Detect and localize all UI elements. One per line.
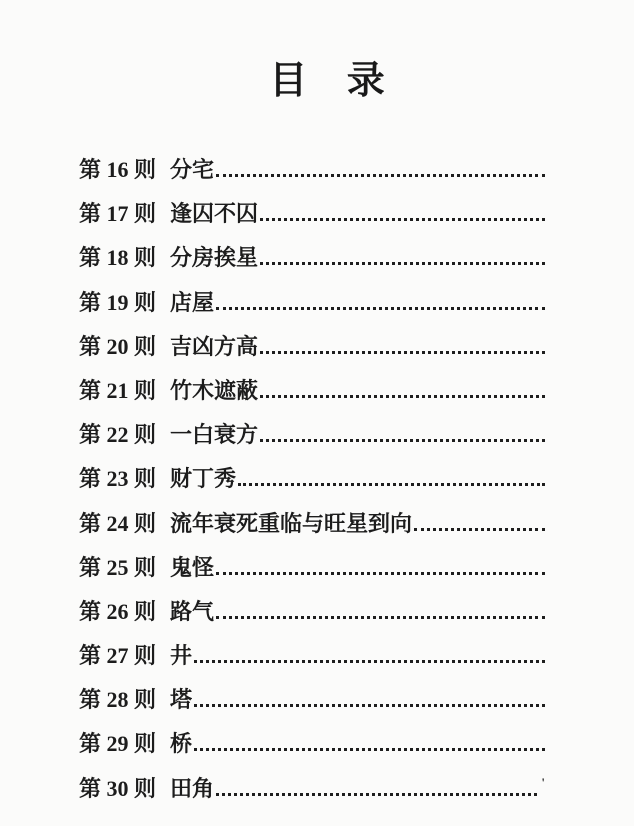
entry-title: 路气 xyxy=(170,590,214,634)
entry-label: 第 24 则 xyxy=(79,502,156,546)
toc-entry: 第 18 则分房挨星 xyxy=(79,236,545,280)
entry-label: 第 23 则 xyxy=(79,457,156,501)
entry-title: 一白衰方 xyxy=(170,413,258,457)
page-title: 目 录 xyxy=(11,0,634,104)
dot-leader xyxy=(260,218,545,221)
toc-entry: 第 30 则田角' xyxy=(79,767,545,811)
entry-title: 流年衰死重临与旺星到向 xyxy=(170,502,412,546)
toc-entry: 第 19 则店屋 xyxy=(79,281,545,325)
toc-entries: 第 16 则分宅第 17 则逢囚不囚第 18 则分房挨星第 19 则店屋第 20… xyxy=(0,148,634,811)
toc-entry: 第 16 则分宅 xyxy=(79,148,545,192)
dot-leader xyxy=(194,748,545,751)
toc-entry: 第 23 则财丁秀 xyxy=(79,457,545,501)
entry-label: 第 18 则 xyxy=(79,236,156,280)
entry-title: 竹木遮蔽 xyxy=(170,369,258,413)
entry-label: 第 25 则 xyxy=(79,546,156,590)
dot-leader xyxy=(260,351,545,354)
entry-label: 第 22 则 xyxy=(79,413,156,457)
entry-title: 塔 xyxy=(170,678,192,722)
entry-title: 逢囚不囚 xyxy=(170,192,258,236)
entry-title: 桥 xyxy=(170,722,192,766)
entry-title: 井 xyxy=(170,634,192,678)
dot-leader xyxy=(216,572,545,575)
dot-leader xyxy=(194,704,545,707)
entry-title: 田角 xyxy=(170,767,214,811)
toc-entry: 第 26 则路气 xyxy=(79,590,545,634)
entry-label: 第 30 则 xyxy=(79,767,156,811)
dot-leader xyxy=(260,439,545,442)
toc-entry: 第 24 则流年衰死重临与旺星到向 xyxy=(79,502,545,546)
dot-leader xyxy=(216,616,545,619)
entry-title: 鬼怪 xyxy=(170,546,214,590)
dot-leader xyxy=(260,262,545,265)
entry-title: 分宅 xyxy=(170,148,214,192)
entry-title: 分房挨星 xyxy=(170,236,258,280)
entry-label: 第 28 则 xyxy=(79,678,156,722)
entry-label: 第 19 则 xyxy=(79,281,156,325)
toc-entry: 第 25 则鬼怪 xyxy=(79,546,545,590)
entry-label: 第 17 则 xyxy=(79,192,156,236)
entry-label: 第 29 则 xyxy=(79,722,156,766)
dot-leader xyxy=(194,660,545,663)
dot-leader xyxy=(238,483,545,486)
entry-title: 财丁秀 xyxy=(170,457,236,501)
entry-label: 第 21 则 xyxy=(79,369,156,413)
dot-leader xyxy=(216,307,545,310)
toc-entry: 第 21 则竹木遮蔽 xyxy=(79,369,545,413)
entry-label: 第 16 则 xyxy=(79,148,156,192)
entry-label: 第 20 则 xyxy=(79,325,156,369)
toc-entry: 第 27 则井 xyxy=(79,634,545,678)
dot-leader xyxy=(216,793,537,796)
toc-entry: 第 20 则吉凶方高 xyxy=(79,325,545,369)
dot-leader xyxy=(216,174,545,177)
scan-artifact-mark: ' xyxy=(541,761,545,805)
entry-title: 店屋 xyxy=(170,281,214,325)
entry-title: 吉凶方高 xyxy=(170,325,258,369)
toc-entry: 第 22 则一白衰方 xyxy=(79,413,545,457)
entry-label: 第 26 则 xyxy=(79,590,156,634)
dot-leader xyxy=(260,395,545,398)
toc-page: 目 录 第 16 则分宅第 17 则逢囚不囚第 18 则分房挨星第 19 则店屋… xyxy=(0,0,634,826)
entry-label: 第 27 则 xyxy=(79,634,156,678)
dot-leader xyxy=(414,528,545,531)
toc-entry: 第 17 则逢囚不囚 xyxy=(79,192,545,236)
toc-entry: 第 29 则桥 xyxy=(79,722,545,766)
toc-entry: 第 28 则塔 xyxy=(79,678,545,722)
